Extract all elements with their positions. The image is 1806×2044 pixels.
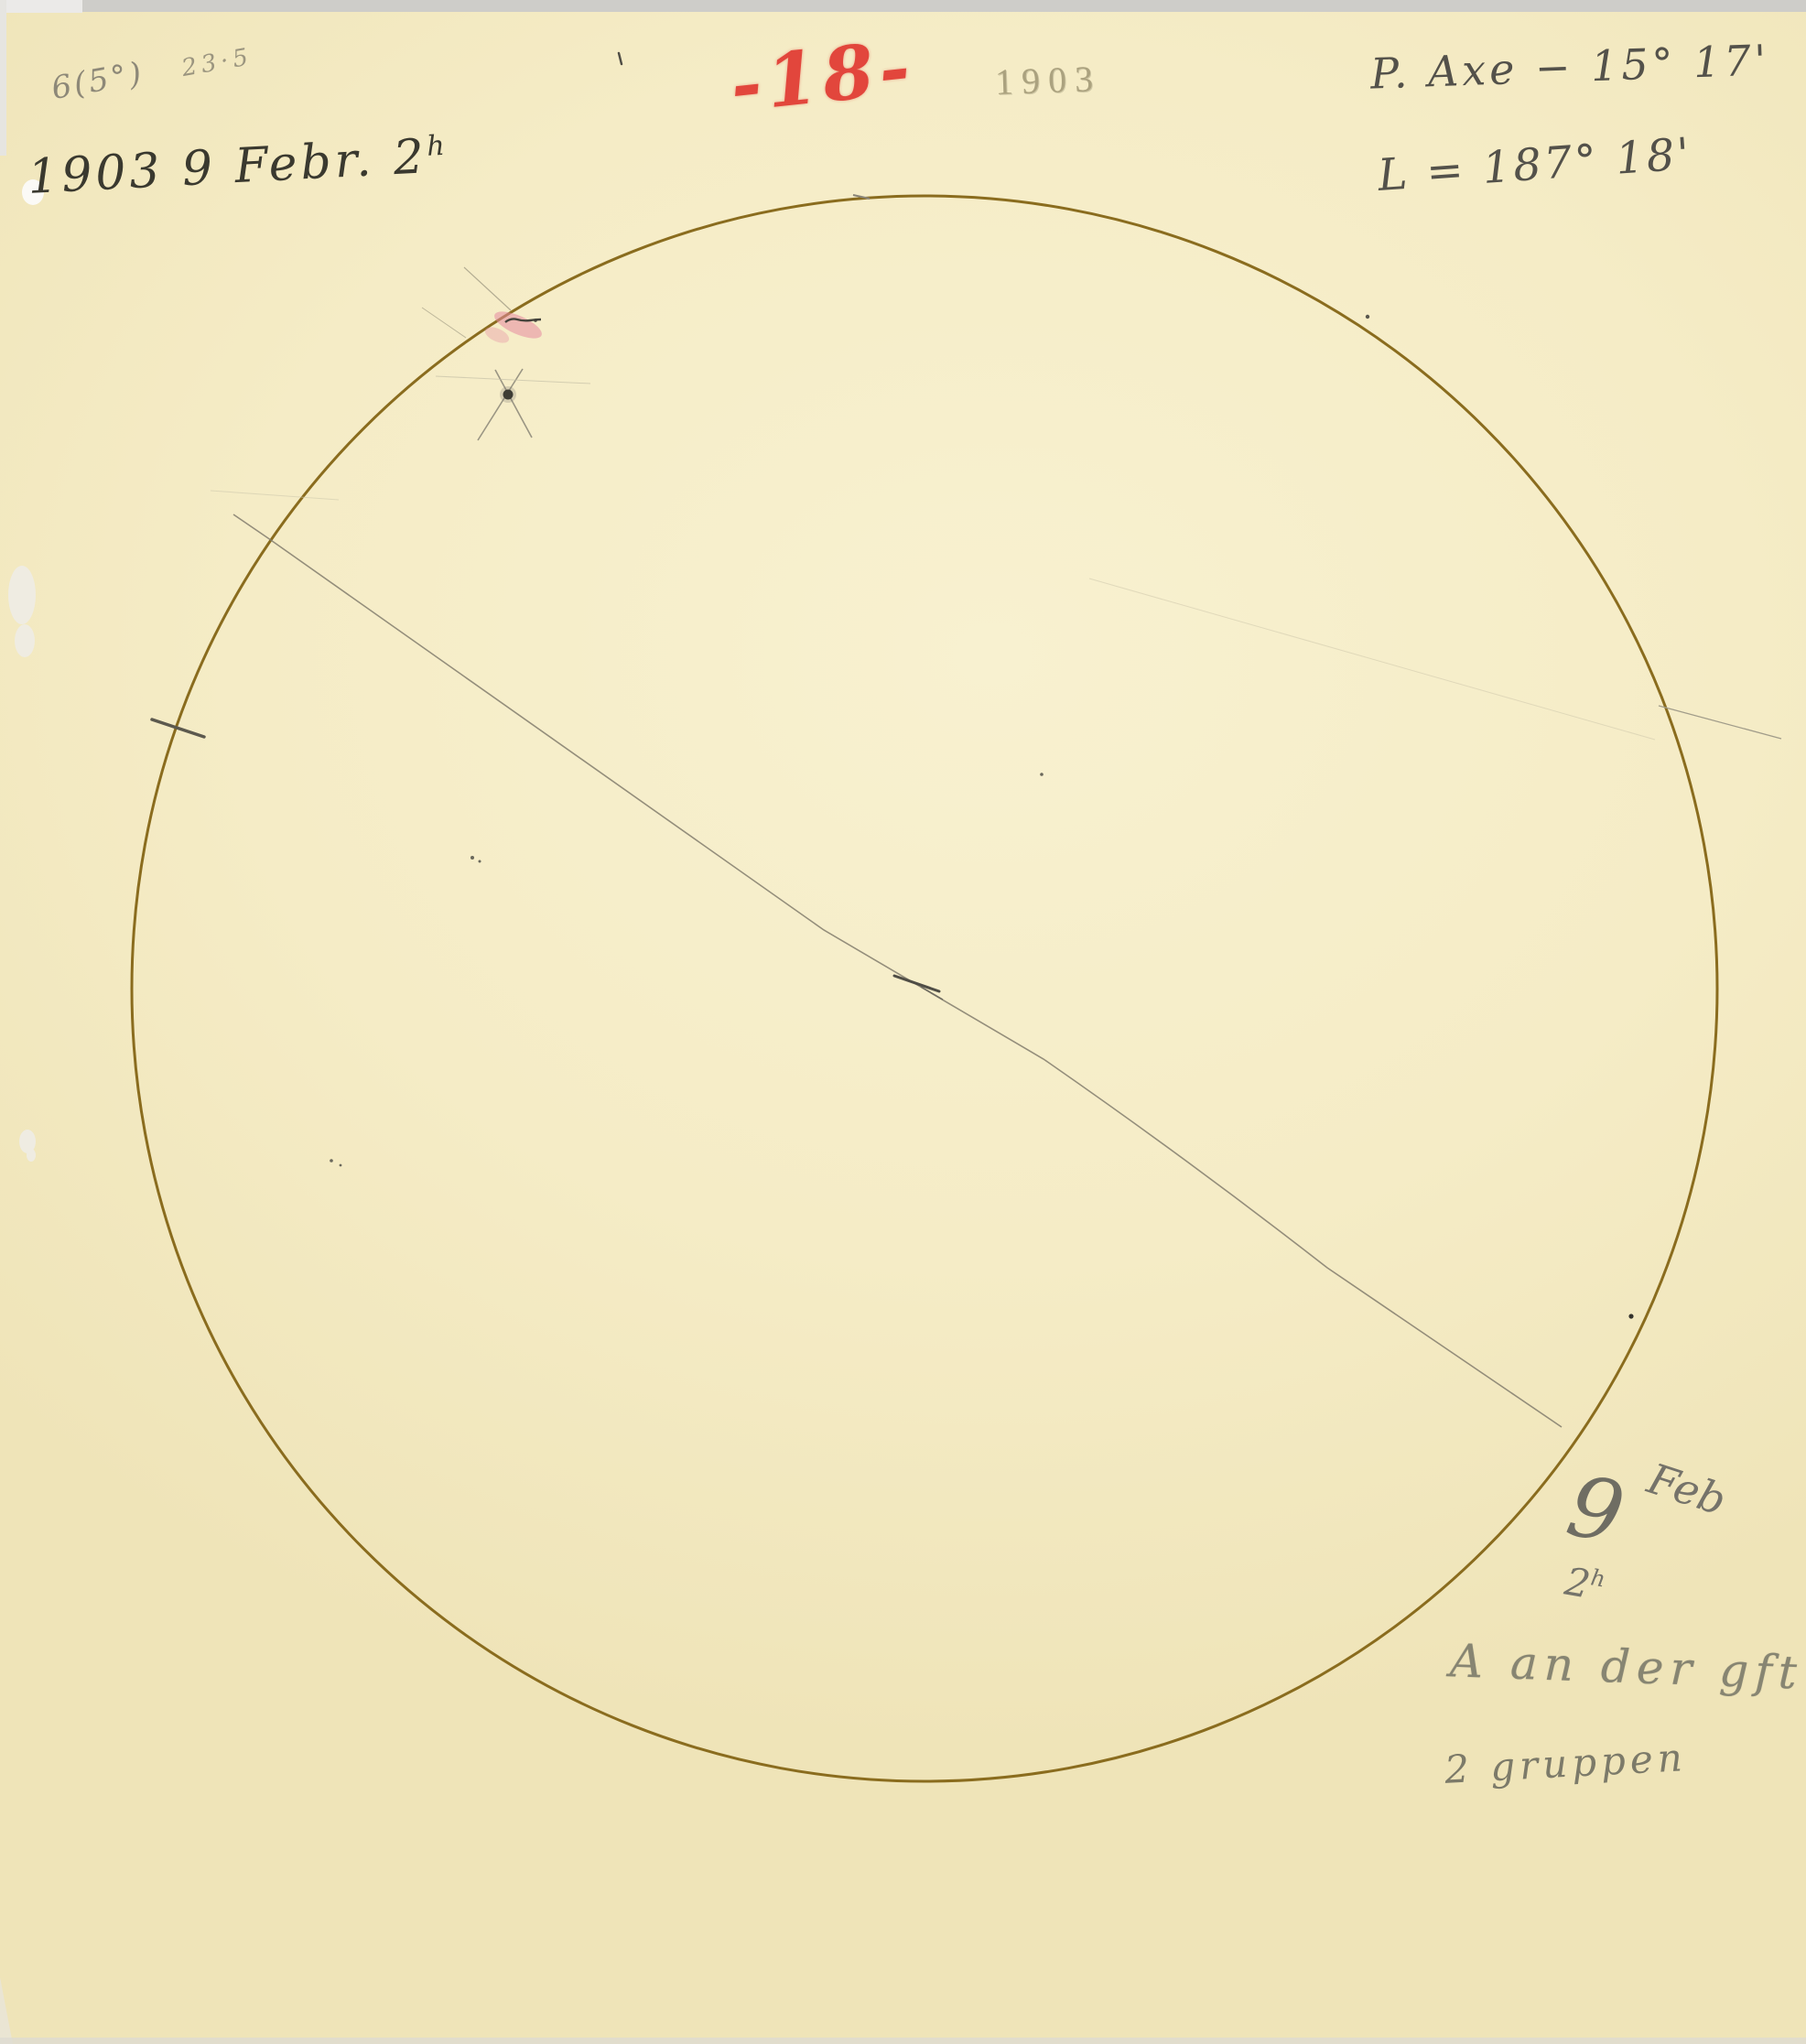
limb-group-guide-line [464,267,511,310]
faint-interior-scratch [1089,579,1655,740]
speck [1366,315,1369,319]
solar-disk-drawing [0,0,1806,2044]
disk-center-mark [894,976,939,991]
speck [330,1159,333,1163]
sunspot-dot [503,390,514,400]
speck [1040,773,1044,776]
scan-edge-left [0,0,6,156]
limb-group-guide-line [422,308,466,338]
x-mark-guide-line [436,376,590,384]
ink-tick [619,53,622,64]
speck [1628,1314,1633,1318]
faint-scratch [211,491,339,500]
paper-tear [8,566,36,624]
limb-sunspot-speck [534,319,537,322]
paper-corner-wear [0,1977,13,2044]
scanned-observation-sheet: 6(5°)23·5 1903 9 Febr. 2h -18- 1903 P. A… [0,0,1806,2044]
right-limb-scratch [1659,706,1781,739]
scan-edge-bottom [0,2038,1806,2044]
speck [340,1164,342,1167]
year-stamp: 1903 [994,57,1102,103]
speck [479,860,481,863]
scan-edge-top [0,0,1806,12]
speck [470,856,474,860]
scan-edge-top-left [0,0,82,13]
paper-tear [27,1149,36,1162]
paper-tear [15,624,35,657]
hour-superscript: h [426,130,449,163]
corner-note-hour: 2h [1562,1559,1607,1610]
diagonal-pencil-line [233,514,1562,1427]
